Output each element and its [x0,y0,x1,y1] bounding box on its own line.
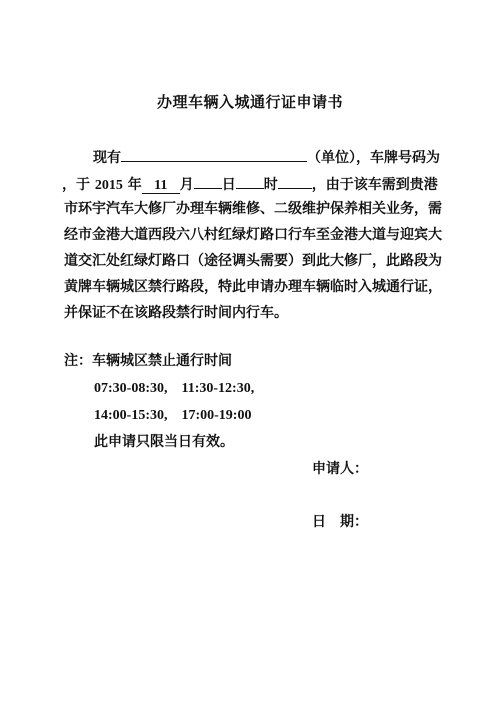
month-blank-field[interactable]: 11 [142,178,180,194]
body-line-1: 现有（单位），车牌号码为 [93,146,440,167]
year-label: 年 [128,177,142,193]
month-label: 月 [180,177,194,193]
document-page: 办理车辆入城通行证申请书 现有（单位），车牌号码为 ，于 2015 年11月日时… [0,0,500,707]
line2-prefix: ，于 [62,177,90,193]
note-heading: 注：车辆城区禁止通行时间 [64,352,232,370]
body-line-4: 经市金港大道西段六八村红绿灯路口行车至金港大道与迎宾大 [64,226,442,244]
body-line-5: 道交汇处红绿灯路口（途径调头需要）到此大修厂，此路段为 [64,252,442,270]
note-validity: 此申请只限当日有效。 [94,433,234,451]
line2-suffix: ，由于该车需到贵港 [312,177,438,193]
hour-label: 时 [264,177,278,193]
body-line-7: 并保证不在该路段禁行时间内行车。 [64,304,288,322]
hour-blank-field[interactable] [236,173,264,189]
extra-blank-field[interactable] [278,173,312,189]
day-label: 日 [222,177,236,193]
date-label: 日 期： [312,513,368,531]
document-title: 办理车辆入城通行证申请书 [0,91,500,112]
note-times-row-2: 14:00-15:30, 17:00-19:00 [94,407,251,425]
line1-suffix: （单位），车牌号码为 [307,150,440,166]
day-blank-field[interactable] [194,173,222,189]
line1-prefix: 现有 [93,150,121,166]
body-line-6: 黄牌车辆城区禁行路段，特此申请办理车辆临时入城通行证， [64,278,442,296]
body-line-3: 市环宇汽车大修厂办理车辆维修、二级维护保养相关业务，需 [64,200,442,218]
note-times-row-1: 07:30-08:30, 11:30-12:30, [94,380,254,398]
body-line-2: ，于 2015 年11月日时，由于该车需到贵港 [62,173,438,195]
unit-blank-field[interactable] [121,146,307,162]
year-value: 2015 [95,178,123,193]
applicant-label: 申请人： [312,460,368,478]
